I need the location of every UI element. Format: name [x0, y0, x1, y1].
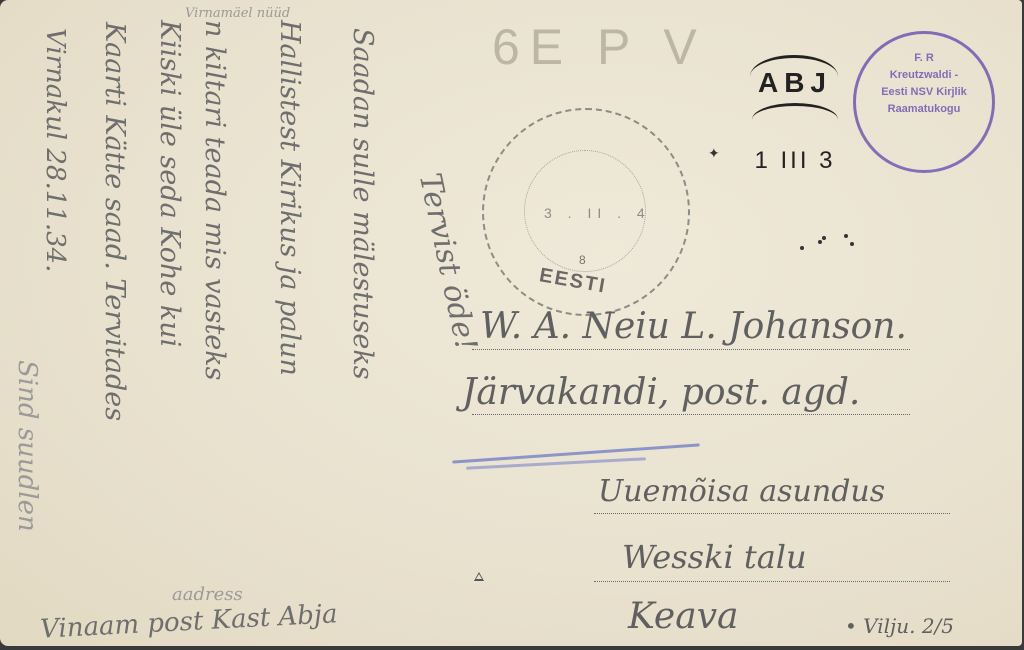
postmark-date: 3 . II . 4: [544, 205, 651, 221]
library-stamp-line-3: Eesti NSV Kirjlik: [856, 84, 992, 101]
message-signature: Sind suudlen: [12, 360, 42, 532]
message-line-5: Kaarti Kätte saad. Tervitades: [99, 22, 130, 421]
footer-note: Vinaam post Kast Abja: [39, 599, 338, 645]
top-note: Virnamäel nüüd: [185, 6, 290, 21]
address-line-1-rule: [472, 349, 910, 350]
abj-arc-bottom: [752, 103, 838, 136]
address-parish: Keava: [628, 596, 739, 637]
abj-date: 1 III 3: [740, 147, 850, 175]
faint-pencil-mark: 6E P V: [492, 18, 707, 76]
message-line-3: n kiltari teada mis vasteks: [199, 20, 230, 381]
library-stamp-line-1: F. R: [856, 50, 992, 67]
abj-code: ABJ: [740, 67, 850, 99]
address-line-2-rule: [472, 414, 910, 415]
address-line-4-rule: [594, 581, 950, 582]
postcard-back: Virnamäel nüüd Saadan sulle mälestuseks …: [0, 0, 1022, 646]
star-mark-icon: ✦: [708, 146, 720, 162]
footer-note-small: aadress: [172, 584, 243, 605]
library-stamp-line-4: Raamatukogu: [856, 101, 992, 118]
message-line-1: Saadan sulle mälestuseks: [347, 28, 378, 380]
triangle-mark-icon: [474, 572, 484, 581]
address-settlement: Uuemõisa asundus: [598, 474, 885, 509]
address-farm: Wesski talu: [622, 538, 807, 576]
message-line-2: Hallistest Kirikus ja palun: [274, 20, 305, 376]
library-stamp-line-2: Kreutzwaldi -: [856, 67, 992, 84]
address-post-office: Järvakandi, post. agd.: [462, 372, 860, 413]
library-stamp: F. R Kreutzwaldi - Eesti NSV Kirjlik Raa…: [853, 31, 995, 173]
message-line-4: Kiiski üle seda Kohe kui: [154, 20, 185, 347]
message-line-6: Virnakul 28.11.34.: [40, 28, 70, 272]
abj-stamp: ABJ 1 III 3: [740, 55, 850, 185]
address-recipient: W. A. Neiu L. Johanson.: [480, 306, 907, 347]
address-line-3-rule: [594, 513, 950, 514]
address-annotation: • Vilju. 2/5: [845, 614, 954, 638]
greeting: Tervist öde!: [412, 170, 484, 354]
eesti-postmark: 3 . II . 4 8 EESTI: [482, 108, 690, 316]
postmark-number: 8: [579, 253, 586, 267]
